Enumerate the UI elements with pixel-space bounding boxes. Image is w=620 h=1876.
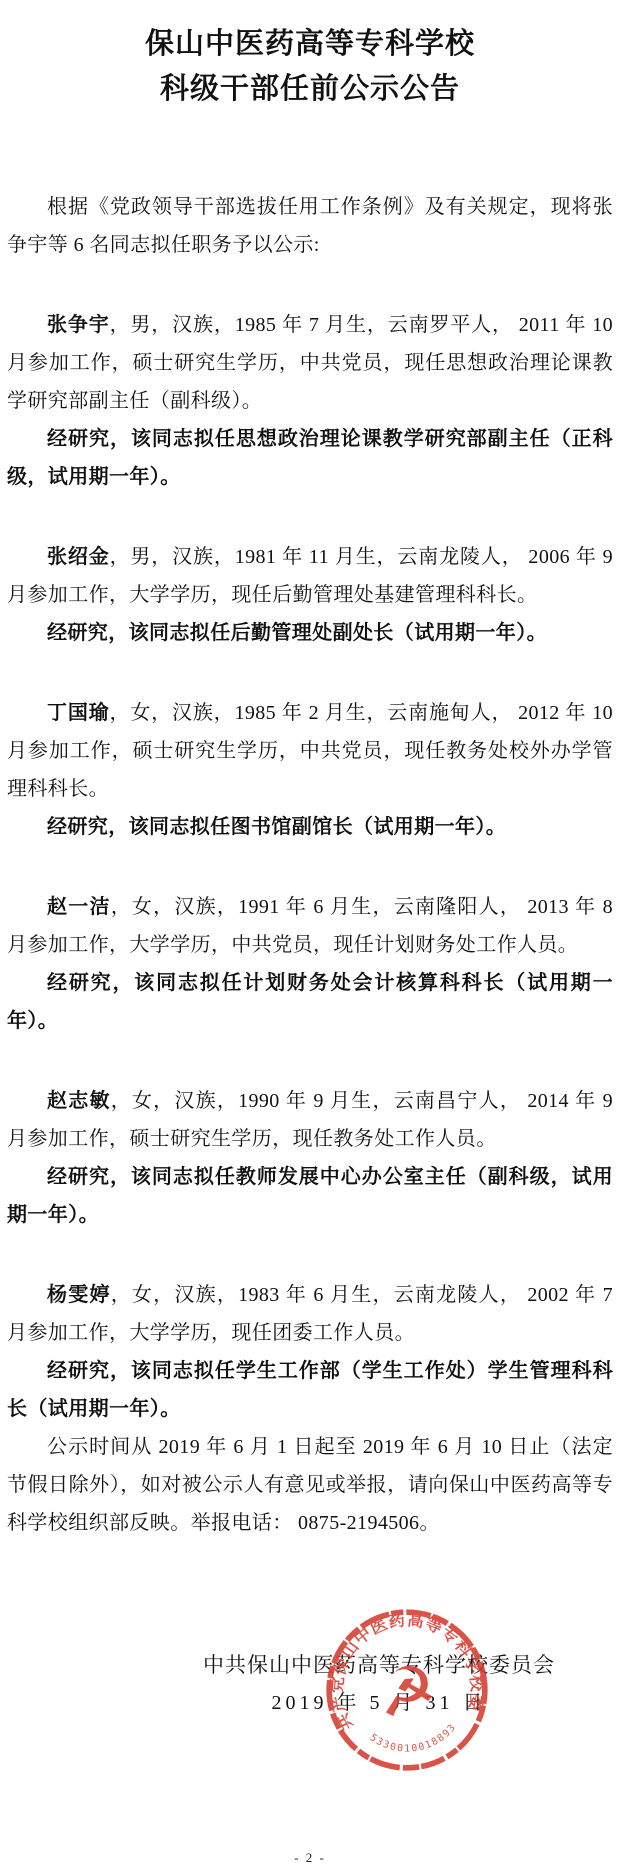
title-line-1: 保山中医药高等专科学校 [145, 28, 475, 60]
person-section-5: 赵志敏，女，汉族，1990 年 9 月生，云南昌宁人， 2014 年 9 月参加… [7, 1082, 613, 1234]
document-page: 保山中医药高等专科学校 科级干部任前公示公告 根据《党政领导干部选拔任用工作条例… [0, 0, 620, 1876]
document-body: 根据《党政领导干部选拔任用工作条例》及有关规定，现将张争宇等 6 名同志拟任职务… [7, 188, 613, 1542]
intro-paragraph: 根据《党政领导干部选拔任用工作条例》及有关规定，现将张争宇等 6 名同志拟任职务… [7, 188, 613, 264]
person-section-3: 丁国瑜，女，汉族，1985 年 2 月生，云南施甸人， 2012 年 10 月参… [7, 694, 613, 846]
person-decision: 经研究，该同志拟任图书馆副馆长（试用期一年）。 [7, 808, 613, 846]
person-bio: 赵志敏，女，汉族，1990 年 9 月生，云南昌宁人， 2014 年 9 月参加… [7, 1082, 613, 1158]
issue-date: 2019 年 5 月 31 日 [203, 1684, 555, 1722]
person-section-4: 赵一洁，女，汉族，1991 年 6 月生，云南隆阳人， 2013 年 8 月参加… [7, 888, 613, 1040]
person-section-1: 张争宇，男，汉族，1985 年 7 月生，云南罗平人， 2011 年 10 月参… [7, 306, 613, 496]
person-bio: 赵一洁，女，汉族，1991 年 6 月生，云南隆阳人， 2013 年 8 月参加… [7, 888, 613, 964]
person-decision: 经研究，该同志拟任思想政治理论课教学研究部副主任（正科级，试用期一年）。 [7, 420, 613, 496]
person-bio: 杨雯婷，女，汉族，1983 年 6 月生，云南龙陵人， 2002 年 7 月参加… [7, 1276, 613, 1352]
issuing-committee: 中共保山中医药高等专科学校委员会 [203, 1646, 555, 1684]
person-name: 赵志敏 [47, 1090, 111, 1112]
person-decision: 经研究，该同志拟任后勤管理处副处长（试用期一年）。 [7, 614, 613, 652]
person-section-2: 张绍金，男，汉族，1981 年 11 月生，云南龙陵人， 2006 年 9 月参… [7, 538, 613, 652]
person-name: 张争宇 [47, 314, 110, 336]
person-name: 杨雯婷 [47, 1284, 111, 1306]
public-notice-period: 公示时间从 2019 年 6 月 1 日起至 2019 年 6 月 10 日止（… [7, 1428, 613, 1542]
person-bio: 张争宇，男，汉族，1985 年 7 月生，云南罗平人， 2011 年 10 月参… [7, 306, 613, 420]
person-bio: 丁国瑜，女，汉族，1985 年 2 月生，云南施甸人， 2012 年 10 月参… [7, 694, 613, 808]
person-name: 丁国瑜 [47, 702, 110, 724]
person-bio: 张绍金，男，汉族，1981 年 11 月生，云南龙陵人， 2006 年 9 月参… [7, 538, 613, 614]
document-title: 保山中医药高等专科学校 科级干部任前公示公告 [7, 22, 613, 112]
person-decision: 经研究，该同志拟任学生工作部（学生工作处）学生管理科科长（试用期一年）。 [7, 1352, 613, 1428]
person-section-6: 杨雯婷，女，汉族，1983 年 6 月生，云南龙陵人， 2002 年 7 月参加… [7, 1276, 613, 1428]
signature-block: 中共保山中医药高等专科学校委员会 2019 年 5 月 31 日 中国共产党保山… [7, 1646, 613, 1806]
person-decision: 经研究，该同志拟任教师发展中心办公室主任（副科级，试用期一年）。 [7, 1158, 613, 1234]
person-name: 张绍金 [47, 546, 110, 568]
page-number: - 2 - [7, 1850, 613, 1876]
person-name: 赵一洁 [47, 896, 111, 918]
seal-serial-number: 5330010018893 [367, 1720, 462, 1760]
title-line-2: 科级干部任前公示公告 [160, 73, 460, 105]
person-decision: 经研究，该同志拟任计划财务处会计核算科科长（试用期一年）。 [7, 964, 613, 1040]
signature-lines: 中共保山中医药高等专科学校委员会 2019 年 5 月 31 日 [203, 1646, 555, 1722]
